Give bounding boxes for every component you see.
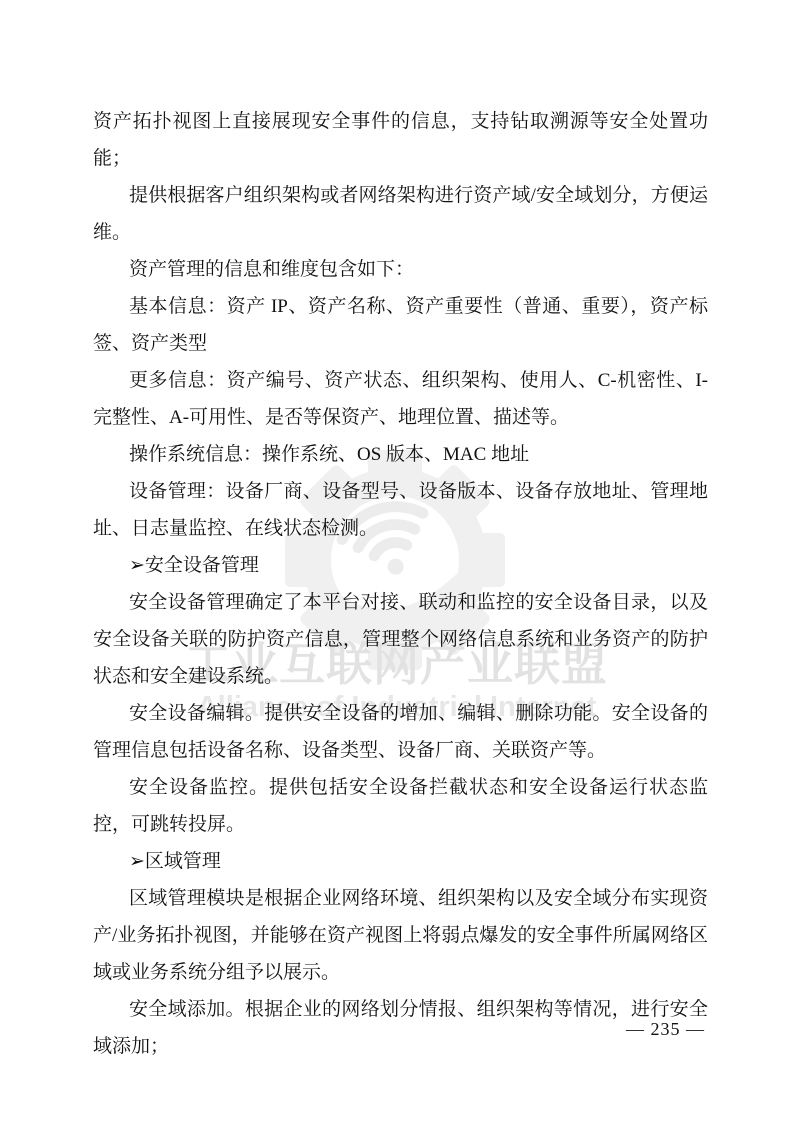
- paragraph: 资产拓扑视图上直接展现安全事件的信息，支持钻取溯源等安全处置功能；: [93, 103, 708, 177]
- page-text: 资产拓扑视图上直接展现安全事件的信息，支持钻取溯源等安全处置功能； 提供根据客户…: [93, 103, 708, 1065]
- paragraph: 提供根据客户组织架构或者网络架构进行资产域/安全域划分，方便运维。: [93, 177, 708, 251]
- paragraph: 安全域添加。根据企业的网络划分情报、组织架构等情况，进行安全域添加；: [93, 991, 708, 1065]
- paragraph: 设备管理：设备厂商、设备型号、设备版本、设备存放地址、管理地址、日志量监控、在线…: [93, 473, 708, 547]
- paragraph: 区域管理模块是根据企业网络环境、组织架构以及安全域分布实现资产/业务拓扑视图，并…: [93, 880, 708, 991]
- paragraph: 安全设备编辑。提供安全设备的增加、编辑、删除功能。安全设备的管理信息包括设备名称…: [93, 695, 708, 769]
- paragraph: 资产管理的信息和维度包含如下：: [93, 251, 708, 288]
- paragraph: 更多信息：资产编号、资产状态、组织架构、使用人、C-机密性、I-完整性、A-可用…: [93, 362, 708, 436]
- paragraph: 安全设备管理确定了本平台对接、联动和监控的安全设备目录，以及安全设备关联的防护资…: [93, 584, 708, 695]
- page-number: — 235 —: [626, 1017, 705, 1041]
- paragraph: 基本信息：资产 IP、资产名称、资产重要性（普通、重要），资产标签、资产类型: [93, 288, 708, 362]
- paragraph: 安全设备监控。提供包括安全设备拦截状态和安全设备运行状态监控，可跳转投屏。: [93, 769, 708, 843]
- paragraph: 操作系统信息：操作系统、OS 版本、MAC 地址: [93, 436, 708, 473]
- document-page: 工业互联网产业联盟 Alliance of Industrial Interne…: [0, 0, 793, 1122]
- bullet-heading: ➢区域管理: [93, 843, 708, 880]
- bullet-heading: ➢安全设备管理: [93, 547, 708, 584]
